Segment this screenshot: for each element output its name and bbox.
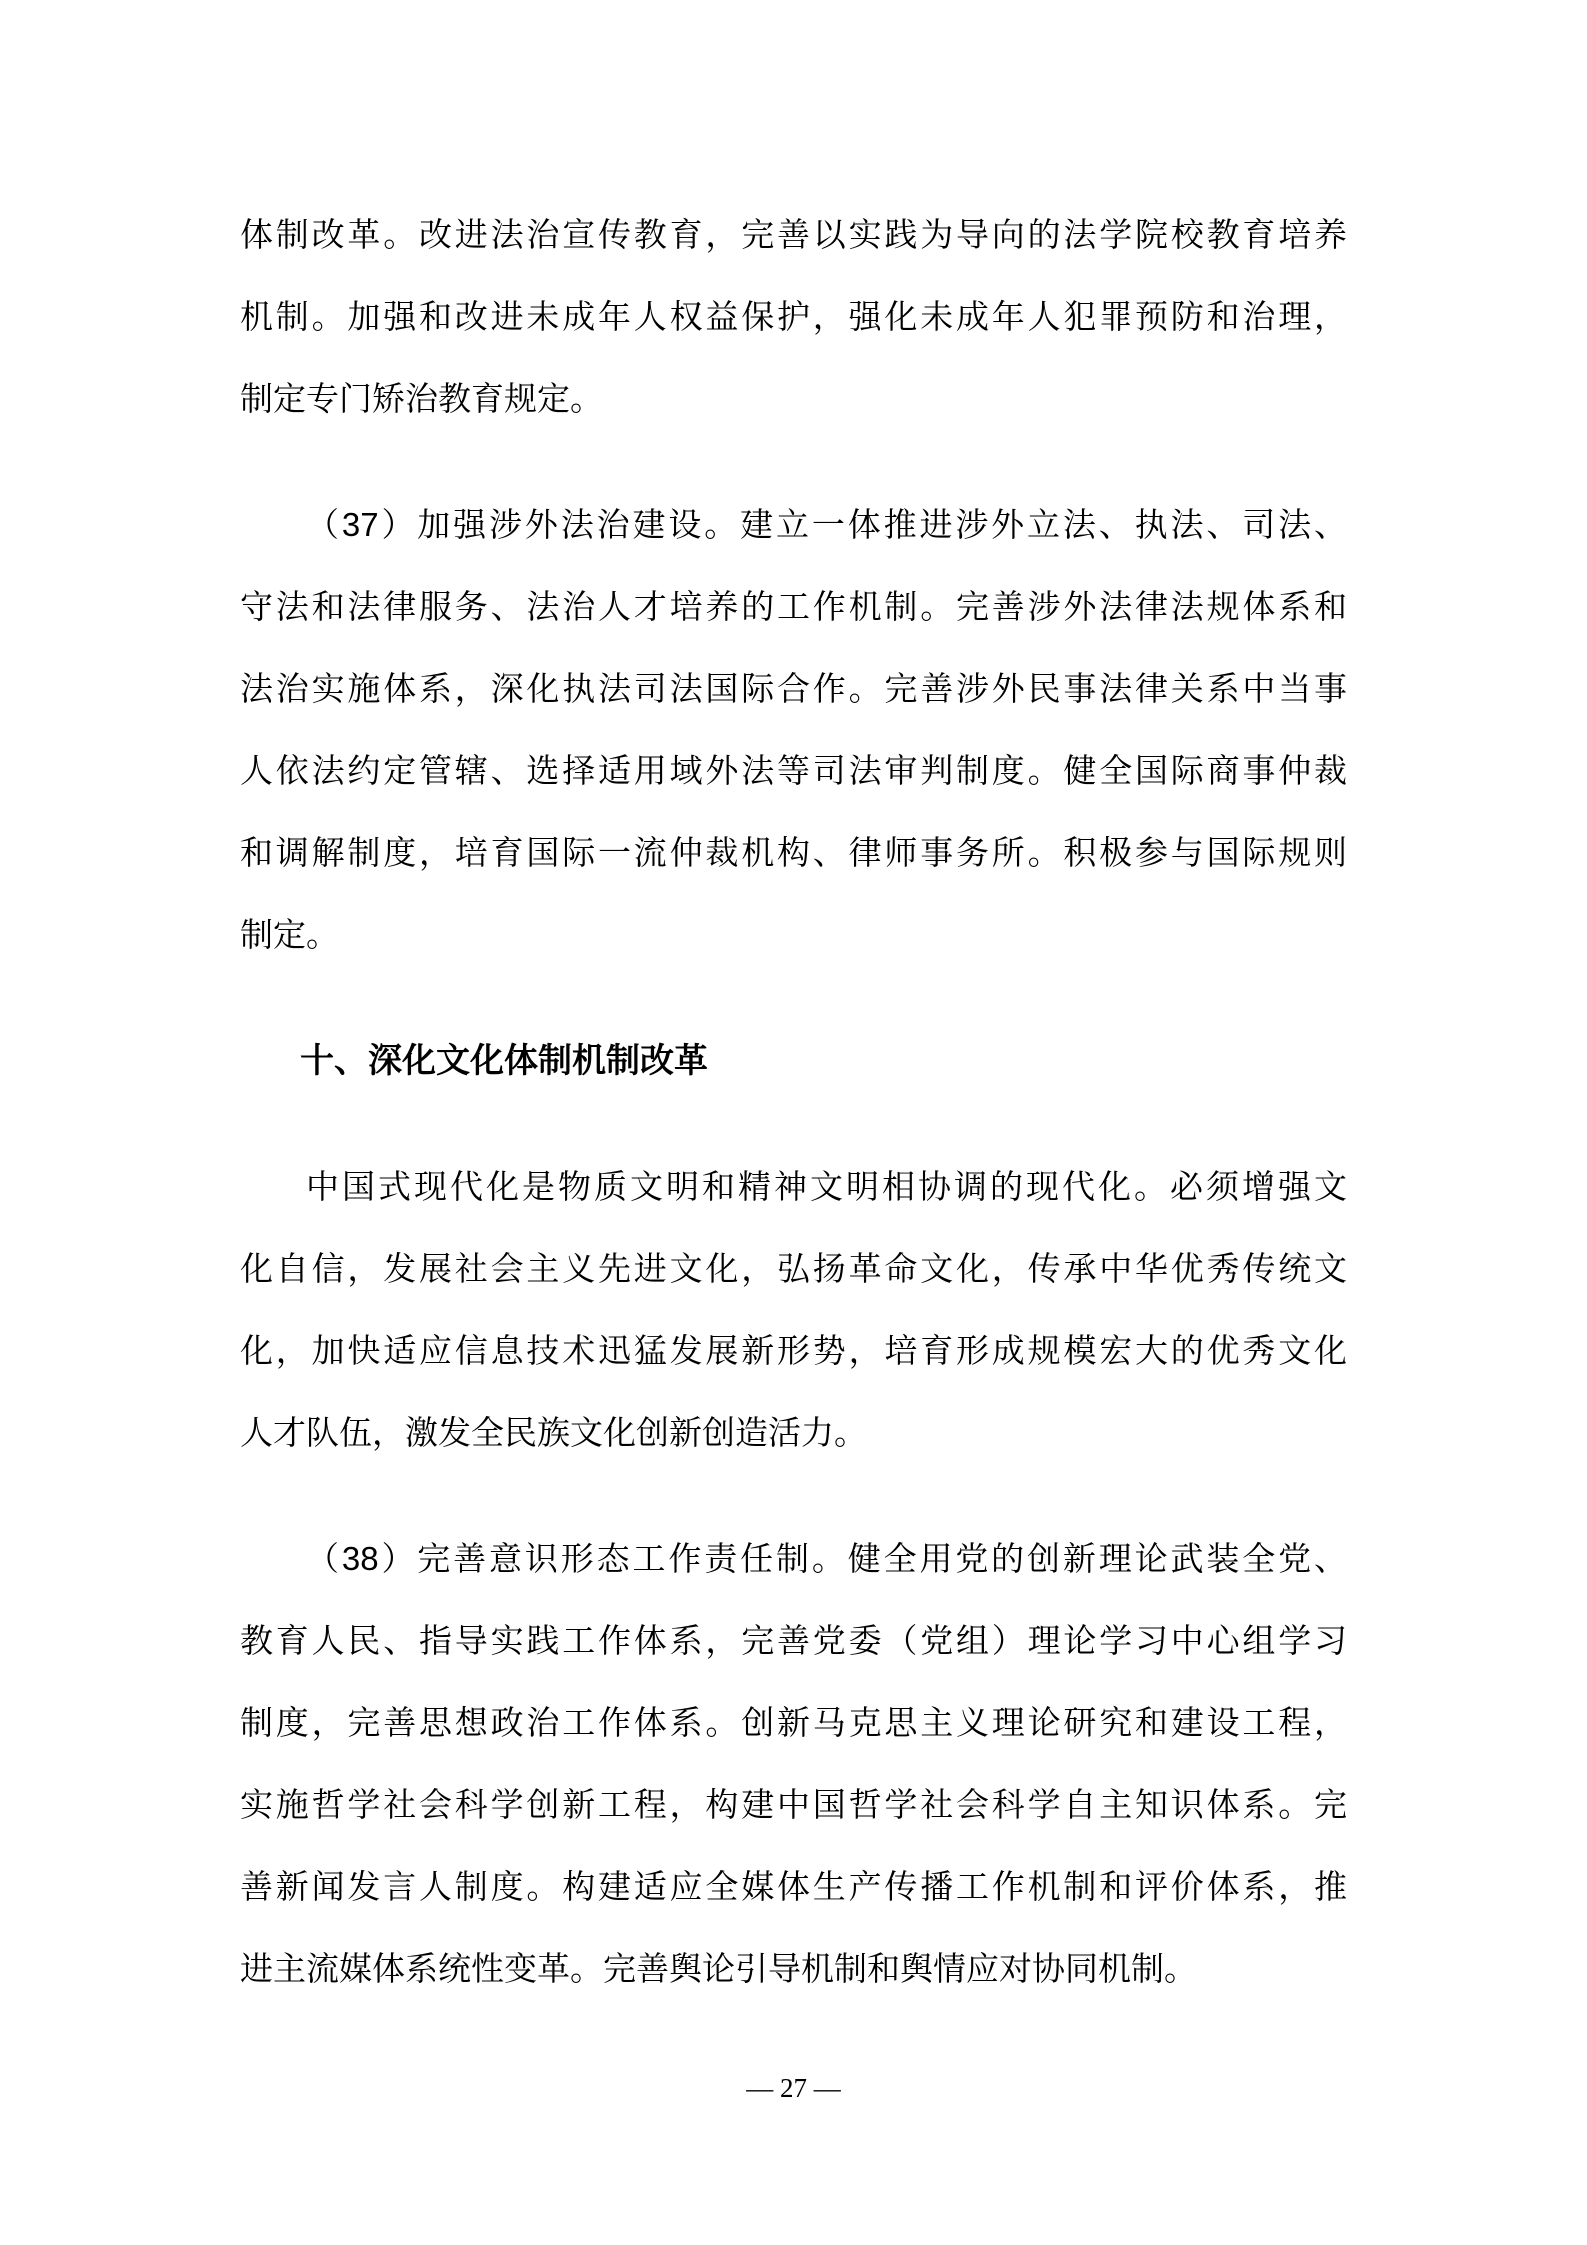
document-page: 体制改革。改进法治宣传教育，完善以实践为导向的法学院校教育培养 机制。加强和改进…: [0, 0, 1587, 2245]
text-line: （38）完善意识形态工作责任制。健全用党的创新理论武装全党、: [240, 1518, 1347, 1600]
text-line: （37）加强涉外法治建设。建立一体推进涉外立法、执法、司法、: [240, 484, 1347, 566]
text-line: 制度，完善思想政治工作体系。创新马克思主义理论研究和建设工程，: [240, 1682, 1347, 1764]
text-line: 人依法约定管辖、选择适用域外法等司法审判制度。健全国际商事仲裁: [240, 730, 1347, 812]
text-line: 人才队伍，激发全民族文化创新创造活力。: [240, 1392, 1347, 1474]
text-line: 进主流媒体系统性变革。完善舆论引导机制和舆情应对协同机制。: [240, 1928, 1347, 2010]
text-line: 教育人民、指导实践工作体系，完善党委（党组）理论学习中心组学习: [240, 1600, 1347, 1682]
text-line: 守法和法律服务、法治人才培养的工作机制。完善涉外法律法规体系和: [240, 566, 1347, 648]
text-line: 和调解制度，培育国际一流仲裁机构、律师事务所。积极参与国际规则: [240, 812, 1347, 894]
text-line: 实施哲学社会科学创新工程，构建中国哲学社会科学自主知识体系。完: [240, 1764, 1347, 1846]
text-line: 法治实施体系，深化执法司法国际合作。完善涉外民事法律关系中当事: [240, 648, 1347, 730]
page-content: 体制改革。改进法治宣传教育，完善以实践为导向的法学院校教育培养 机制。加强和改进…: [240, 194, 1347, 2010]
text-line: 化，加快适应信息技术迅猛发展新形势，培育形成规模宏大的优秀文化: [240, 1310, 1347, 1392]
text-line: 善新闻发言人制度。构建适应全媒体生产传播工作机制和评价体系，推: [240, 1846, 1347, 1928]
text-line: 体制改革。改进法治宣传教育，完善以实践为导向的法学院校教育培养: [240, 194, 1347, 276]
text-line: 制定。: [240, 894, 1347, 976]
section-heading: 十、深化文化体制机制改革: [240, 1020, 1347, 1102]
text-line: 化自信，发展社会主义先进文化，弘扬革命文化，传承中华优秀传统文: [240, 1228, 1347, 1310]
paragraph-intro: 中国式现代化是物质文明和精神文明相协调的现代化。必须增强文 化自信，发展社会主义…: [240, 1146, 1347, 1474]
text-line: 机制。加强和改进未成年人权益保护，强化未成年人犯罪预防和治理，: [240, 276, 1347, 358]
paragraph-38: （38）完善意识形态工作责任制。健全用党的创新理论武装全党、 教育人民、指导实践…: [240, 1518, 1347, 2010]
page-number: — 27 —: [746, 2073, 841, 2103]
text-line: 制定专门矫治教育规定。: [240, 358, 1347, 440]
paragraph-37: （37）加强涉外法治建设。建立一体推进涉外立法、执法、司法、 守法和法律服务、法…: [240, 484, 1347, 976]
paragraph-continuation: 体制改革。改进法治宣传教育，完善以实践为导向的法学院校教育培养 机制。加强和改进…: [240, 194, 1347, 440]
text-line: 中国式现代化是物质文明和精神文明相协调的现代化。必须增强文: [240, 1146, 1347, 1228]
page-footer: — 27 —: [0, 2068, 1587, 2108]
